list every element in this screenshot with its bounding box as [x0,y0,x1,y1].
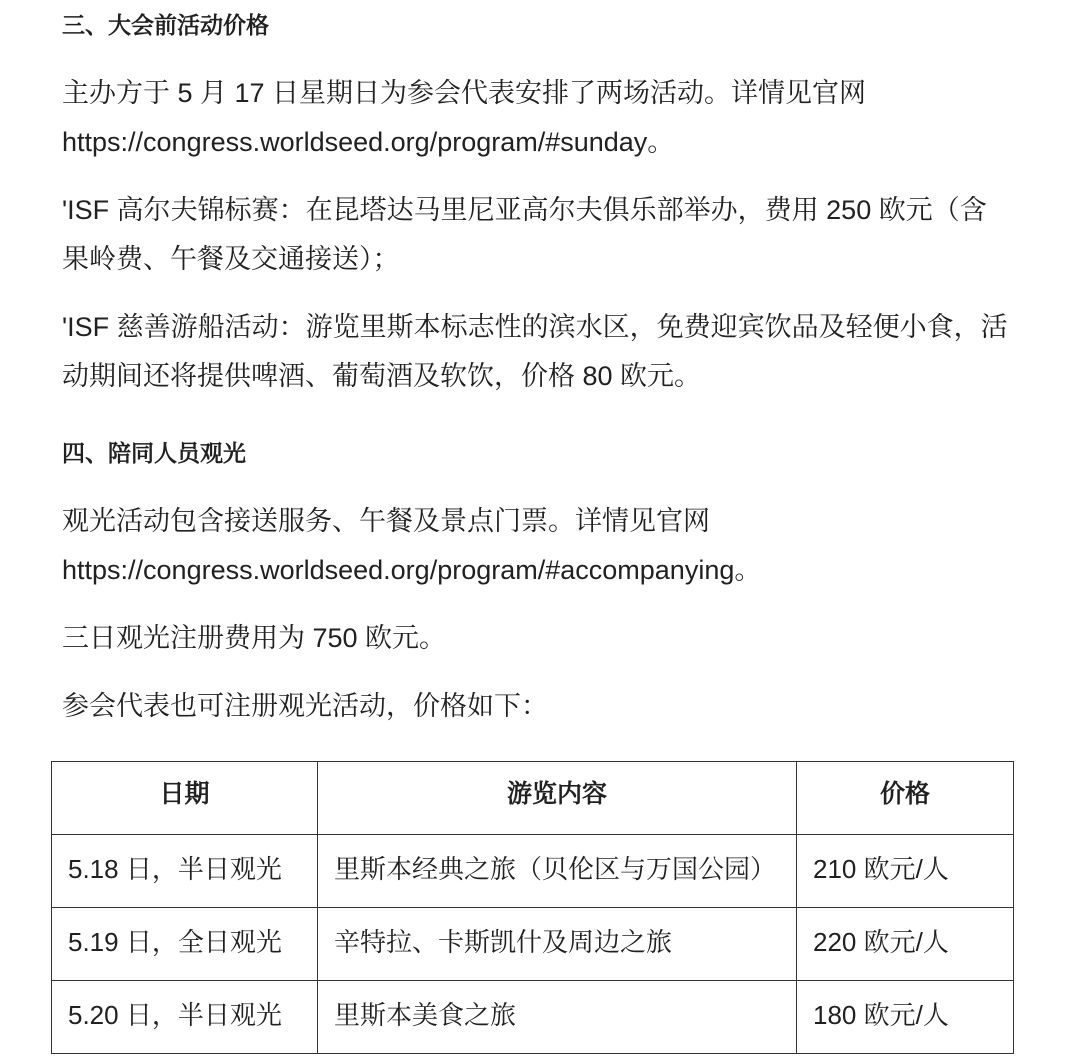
charity-cruise-line-1: 'ISF 慈善游船活动：游览里斯本标志性的滨水区，免费迎宾饮品及轻便小食，活 [62,303,1020,352]
date-cell: 5.19 日，全日观光 [52,908,318,981]
price-cell: 220 欧元/人 [797,908,1014,981]
accompanying-intro-line-1: 观光活动包含接送服务、午餐及景点门票。详情见官网 [62,497,1020,546]
three-day-fee-paragraph: 三日观光注册费用为 750 欧元。 [62,614,1020,663]
tour-content-column-header: 游览内容 [318,762,797,835]
table-row: 5.20 日，半日观光 里斯本美食之旅 180 欧元/人 [52,981,1014,1054]
sightseeing-price-table: 日期 游览内容 价格 5.18 日，半日观光 里斯本经典之旅（贝伦区与万国公园）… [51,761,1014,1054]
charity-cruise-paragraph: 'ISF 慈善游船活动：游览里斯本标志性的滨水区，免费迎宾饮品及轻便小食，活 动… [62,303,1020,401]
table-row: 5.18 日，半日观光 里斯本经典之旅（贝伦区与万国公园） 210 欧元/人 [52,835,1014,908]
pre-congress-activities-heading: 三、大会前活动价格 [62,0,1020,50]
tour-content-cell: 里斯本经典之旅（贝伦区与万国公园） [318,835,797,908]
three-day-fee-text: 三日观光注册费用为 750 欧元。 [62,614,1020,663]
price-cell: 210 欧元/人 [797,835,1014,908]
accompanying-persons-heading: 四、陪同人员观光 [62,429,1020,478]
table-header-row: 日期 游览内容 价格 [52,762,1014,835]
tour-content-cell: 里斯本美食之旅 [318,981,797,1054]
date-column-header: 日期 [52,762,318,835]
pre-congress-intro-line-1: 主办方于 5 月 17 日星期日为参会代表安排了两场活动。详情见官网 [62,69,1020,118]
delegates-note-text: 参会代表也可注册观光活动，价格如下： [62,682,1020,731]
charity-cruise-line-2: 动期间还将提供啤酒、葡萄酒及软饮，价格 80 欧元。 [62,352,1020,401]
date-cell: 5.20 日，半日观光 [52,981,318,1054]
table-row: 5.19 日，全日观光 辛特拉、卡斯凯什及周边之旅 220 欧元/人 [52,908,1014,981]
document-page: 三、大会前活动价格 主办方于 5 月 17 日星期日为参会代表安排了两场活动。详… [0,0,1080,1062]
price-column-header: 价格 [797,762,1014,835]
golf-championship-paragraph: 'ISF 高尔夫锦标赛：在昆塔达马里尼亚高尔夫俱乐部举办，费用 250 欧元（含… [62,186,1020,284]
accompanying-program-url: https://congress.worldseed.org/program/#… [62,546,1020,595]
accompanying-intro-paragraph: 观光活动包含接送服务、午餐及景点门票。详情见官网 https://congres… [62,497,1020,595]
price-cell: 180 欧元/人 [797,981,1014,1054]
golf-championship-line-2: 果岭费、午餐及交通接送）； [62,235,1020,284]
pre-congress-intro-paragraph: 主办方于 5 月 17 日星期日为参会代表安排了两场活动。详情见官网 https… [62,69,1020,167]
tour-content-cell: 辛特拉、卡斯凯什及周边之旅 [318,908,797,981]
date-cell: 5.18 日，半日观光 [52,835,318,908]
sunday-program-url: https://congress.worldseed.org/program/#… [62,118,1020,167]
delegates-note-paragraph: 参会代表也可注册观光活动，价格如下： [62,682,1020,731]
golf-championship-line-1: 'ISF 高尔夫锦标赛：在昆塔达马里尼亚高尔夫俱乐部举办，费用 250 欧元（含 [62,186,1020,235]
